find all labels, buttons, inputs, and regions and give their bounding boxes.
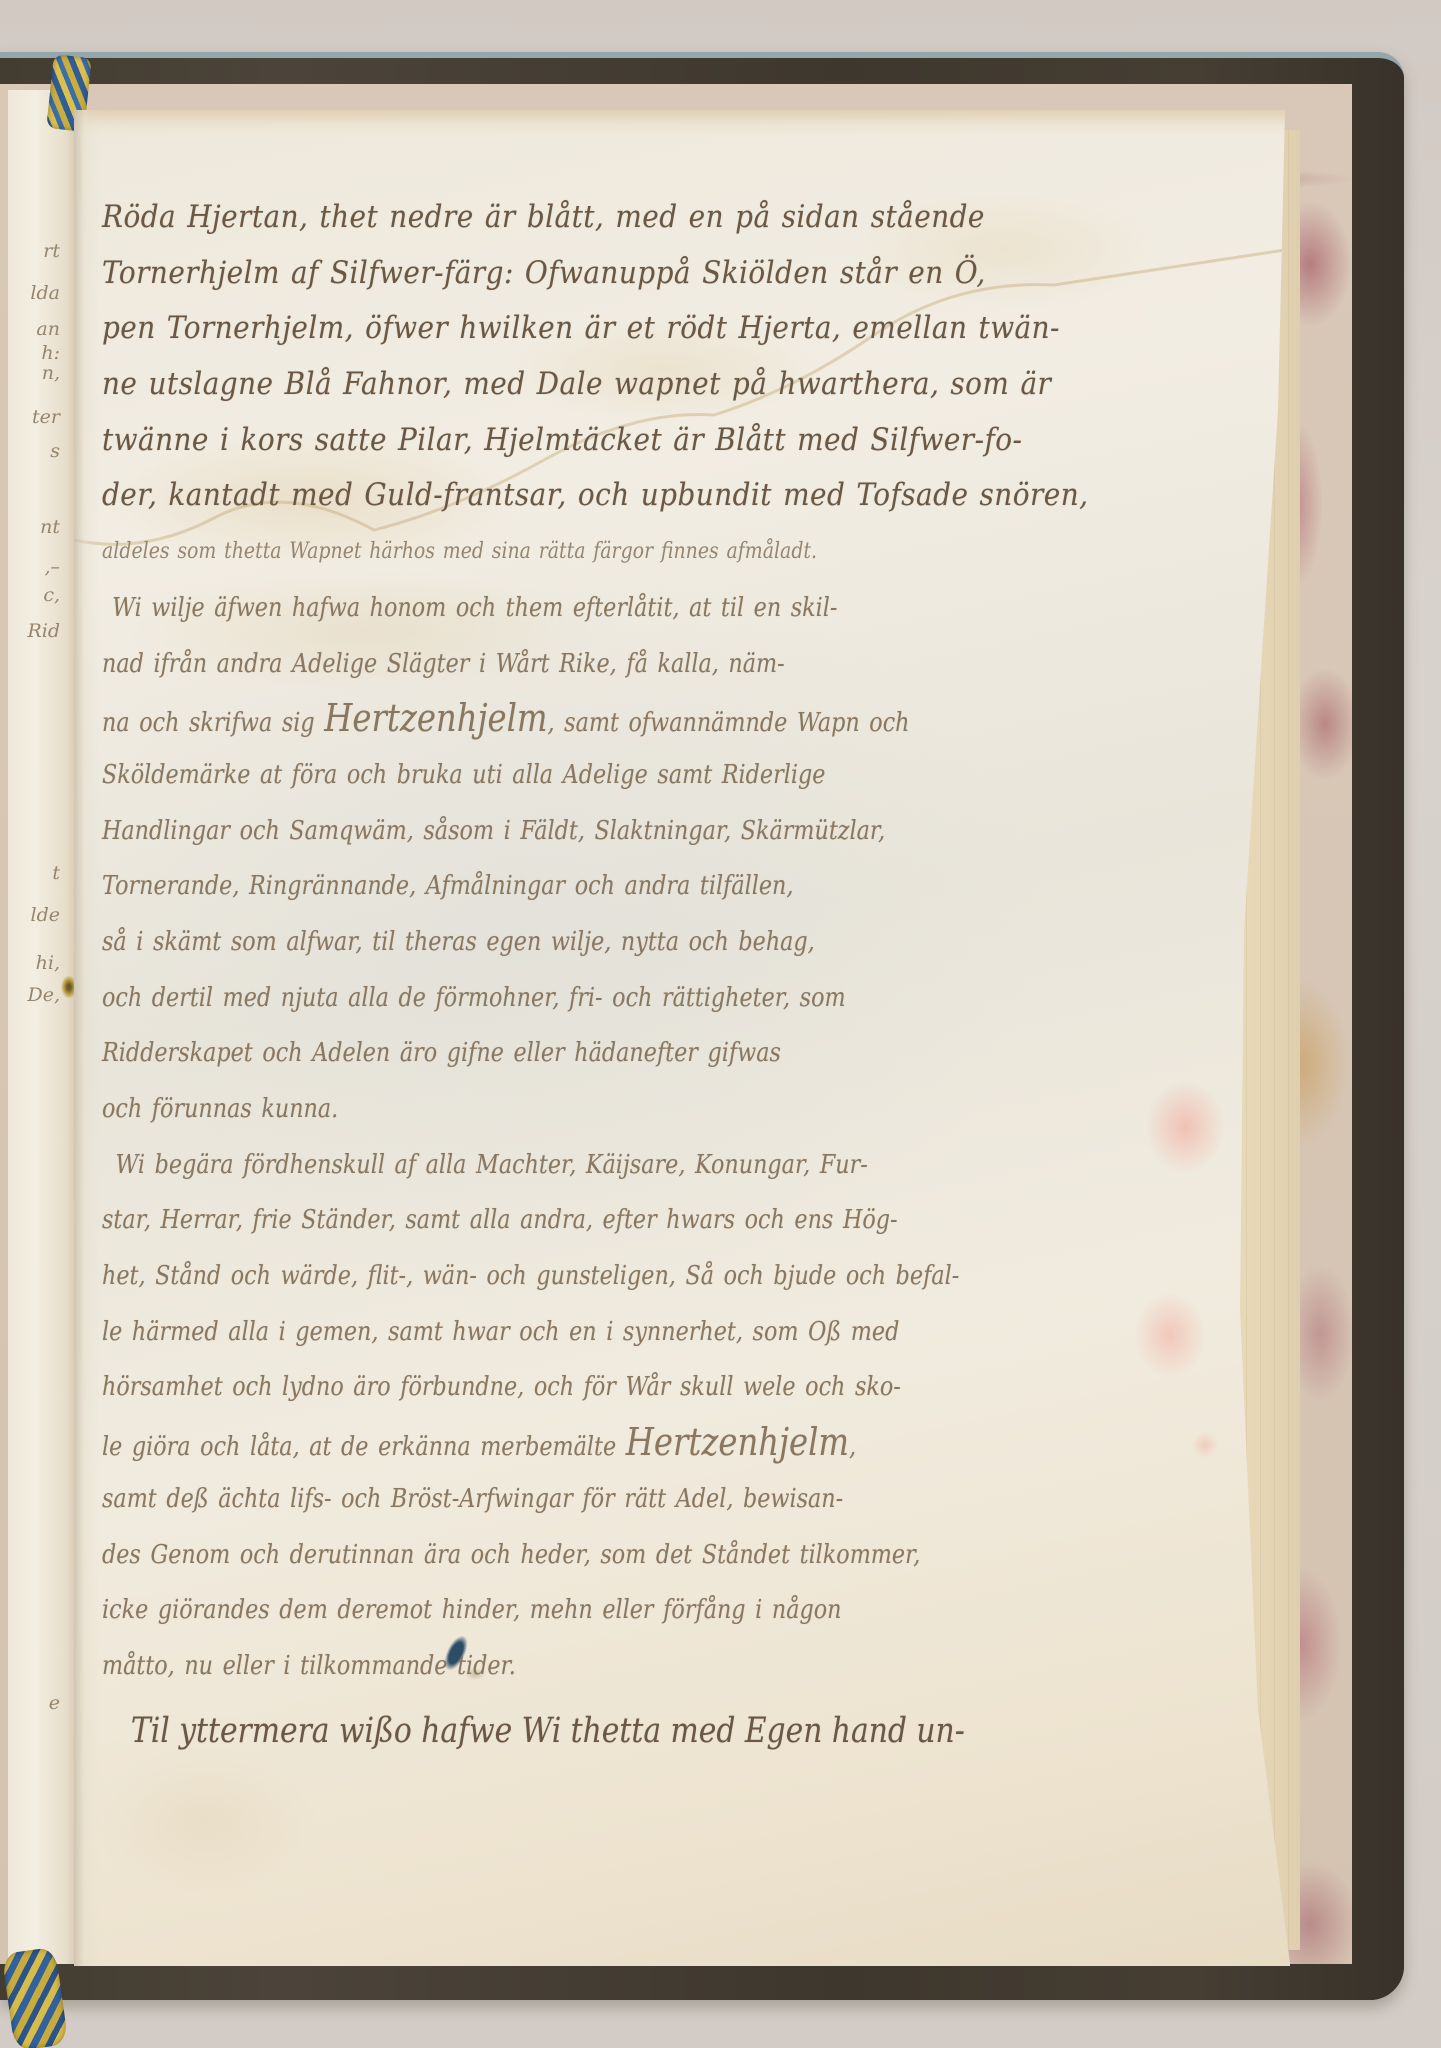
line-post: , samt ofwannämnde Wapn och — [548, 707, 910, 738]
margin-fragment: lda — [30, 282, 60, 304]
margin-fragment: t — [52, 862, 60, 884]
manuscript-line: het, Stånd och wärde, flit-, wän- och gu… — [102, 1248, 799, 1304]
manuscript-line: Wi wilje äfwen hafwa honom och them efte… — [102, 580, 799, 636]
margin-fragment: an — [36, 318, 60, 340]
margin-fragment: h: — [41, 342, 60, 364]
manuscript-line: ne utslagne Blå Fahnor, med Dale wapnet … — [102, 357, 849, 413]
manuscript-scan: rt lda an h: n, ter s nt ,– c, Rid t lde… — [0, 0, 1441, 2048]
line-pre: na och skrifwa sig — [102, 707, 324, 738]
manuscript-line: och förunnas kunna. — [102, 1081, 799, 1137]
line-pre: le giöra och låta, at de erkänna merbemä… — [102, 1431, 626, 1462]
manuscript-line: twänne i kors satte Pilar, Hjelmtäcket ä… — [102, 413, 849, 469]
manuscript-line: Sköldemärke at föra och bruka uti alla A… — [102, 747, 799, 803]
manuscript-line: och dertil med njuta alla de förmohner, … — [102, 970, 799, 1026]
pink-pigment-smudge — [1130, 1062, 1240, 1192]
pink-pigment-smudge — [1187, 1427, 1223, 1463]
margin-fragment: De, — [27, 984, 60, 1006]
margin-fragment: rt — [43, 240, 60, 262]
manuscript-line: Handlingar och Samqwäm, såsom i Fäldt, S… — [102, 803, 799, 859]
manuscript-line: så i skämt som alfwar, til theras egen w… — [102, 914, 799, 970]
manuscript-line: nad ifrån andra Adelige Slägter i Wårt R… — [102, 636, 799, 692]
manuscript-line: des Genom och derutinnan ära och heder, … — [102, 1527, 799, 1583]
manuscript-line: der, kantadt med Guld-frantsar, och upbu… — [102, 468, 849, 524]
manuscript-line: Tornerhjelm af Silfwer-färg: Ofwanuppå S… — [102, 246, 849, 302]
manuscript-line: Röda Hjertan, thet nedre är blått, med e… — [102, 190, 849, 246]
margin-fragment: s — [50, 440, 60, 462]
margin-fragment: lde — [31, 904, 60, 926]
manuscript-line: Tornerande, Ringrännande, Afmålningar oc… — [102, 858, 799, 914]
manuscript-page: Röda Hjertan, thet nedre är blått, med e… — [74, 110, 1292, 1966]
pink-pigment-smudge — [1120, 1275, 1220, 1395]
manuscript-line: Wi begära fördhenskull af alla Machter, … — [102, 1137, 799, 1193]
margin-fragment: ter — [32, 406, 60, 428]
manuscript-line: star, Herrar, frie Ständer, samt alla an… — [102, 1192, 799, 1248]
margin-fragment: hi, — [36, 952, 60, 974]
line-post: , — [849, 1431, 856, 1462]
margin-fragment: e — [49, 1692, 60, 1714]
margin-fragment: Rid — [27, 620, 60, 642]
previous-page-stub: rt lda an h: n, ter s nt ,– c, Rid t lde… — [8, 90, 76, 1964]
family-name: Hertzenhjelm — [626, 1420, 849, 1465]
margin-fragment: c, — [43, 584, 60, 606]
margin-fragment: n, — [42, 362, 60, 384]
manuscript-text-block: Röda Hjertan, thet nedre är blått, med e… — [102, 190, 932, 1759]
manuscript-line: samt deß ächta lifs- och Bröst-Arfwingar… — [102, 1471, 799, 1527]
manuscript-line-with-family-name: le giöra och låta, at de erkänna merbemä… — [102, 1415, 799, 1471]
margin-fragment: ,– — [44, 556, 60, 578]
manuscript-line: hörsamhet och lydno äro förbundne, och f… — [102, 1359, 799, 1415]
manuscript-line: måtto, nu eller i tilkommande tider. — [102, 1638, 799, 1694]
margin-fragment: nt — [40, 516, 60, 538]
manuscript-closing-line: Til yttermera wißo hafwe Wi thetta med E… — [102, 1704, 808, 1760]
manuscript-line-with-family-name: na och skrifwa sig Hertzenhjelm, samt of… — [102, 691, 799, 747]
manuscript-line: icke giörandes dem deremot hinder, mehn … — [102, 1582, 799, 1638]
manuscript-line: aldeles som thetta Wapnet härhos med sin… — [102, 524, 816, 580]
manuscript-line: Ridderskapet och Adelen äro gifne eller … — [102, 1025, 799, 1081]
manuscript-line: le härmed alla i gemen, samt hwar och en… — [102, 1304, 799, 1360]
family-name: Hertzenhjelm — [324, 696, 547, 741]
manuscript-line: pen Tornerhjelm, öfwer hwilken är et röd… — [102, 301, 849, 357]
